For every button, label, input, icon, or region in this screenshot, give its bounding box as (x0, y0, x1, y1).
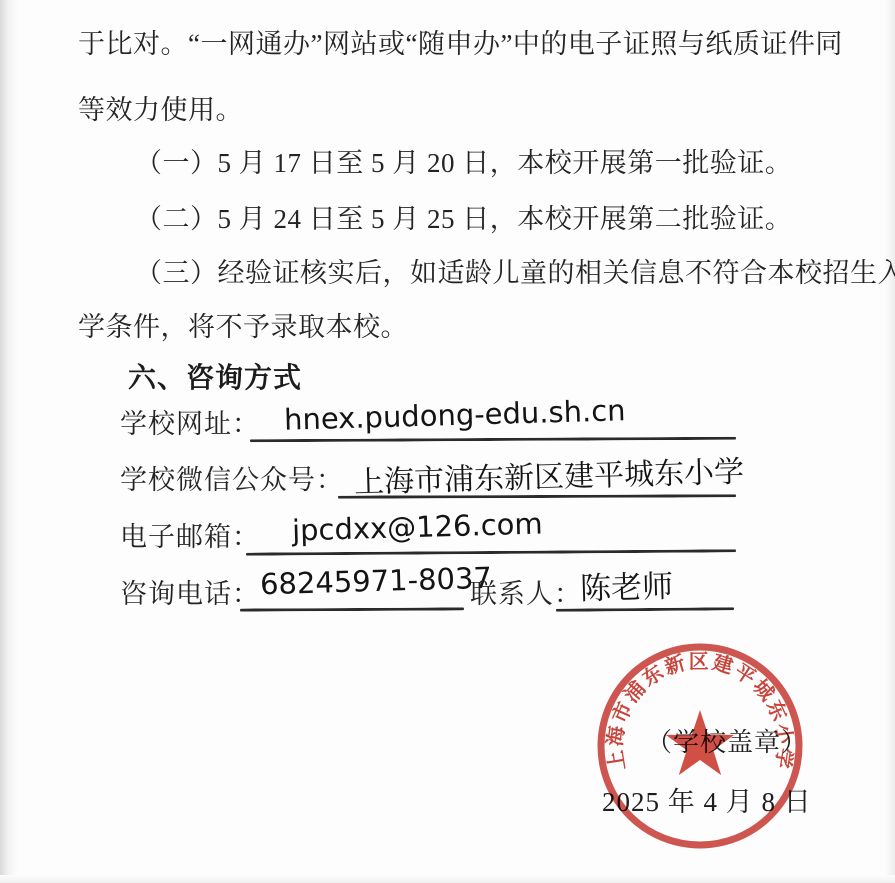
field-label-wechat: 学校微信公众号： (120, 458, 344, 497)
field-value-email: jpcdxx@126.com (292, 507, 544, 548)
list-item-3-cont: 学条件，将不予录取本校。 (78, 305, 408, 344)
field-value-phone: 68245971-8037 (260, 561, 493, 601)
scan-edge-shadow-left (0, 0, 18, 883)
field-underline-email (246, 549, 736, 555)
paragraph-line: 等效力使用。 (78, 88, 243, 127)
list-item-1: （一）5 月 17 日至 5 月 20 日，本校开展第一批验证。 (135, 141, 792, 180)
field-label-phone: 咨询电话： (120, 572, 260, 611)
field-underline-website (250, 437, 736, 443)
paragraph-line: 于比对。“一网通办”网站或“随申办”中的电子证照与纸质证件同 (78, 22, 843, 61)
seal-star-icon (666, 710, 734, 775)
field-value-website: hnex.pudong-edu.sh.cn (284, 393, 626, 437)
field-underline-phone (240, 607, 464, 611)
field-value-contact: 陈老师 (579, 561, 673, 609)
scan-edge-shadow-right (885, 0, 895, 883)
school-seal-stamp: 上海市浦东新区建平城东小学 (588, 640, 816, 860)
list-item-3: （三）经验证核实后，如适龄儿童的相关信息不符合本校招生入 (135, 251, 895, 290)
field-value-wechat: 上海市浦东新区建平城东小学 (353, 447, 744, 502)
list-item-2: （二）5 月 24 日至 5 月 25 日，本校开展第二批验证。 (135, 197, 792, 236)
section-heading: 六、咨询方式 (128, 356, 302, 396)
field-label-contact: 联系人： (470, 572, 582, 611)
field-label-email: 电子邮箱： (120, 515, 260, 554)
scan-edge-shadow-bottom (0, 875, 895, 883)
field-label-website: 学校网址： (120, 402, 260, 441)
